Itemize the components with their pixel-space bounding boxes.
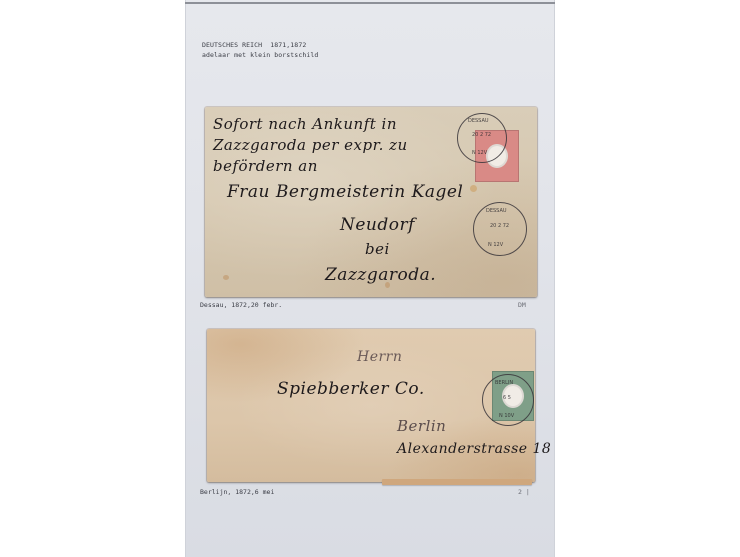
cover-reference: 2 | (518, 488, 530, 496)
handwriting-line: befördern an (213, 157, 318, 175)
heading-title: DEUTSCHES REICH 1871,1872 (202, 41, 306, 49)
handwriting-line: bei (365, 240, 390, 258)
handwriting-line: Alexanderstrasse 18 (397, 441, 551, 457)
cover-flap (382, 479, 532, 485)
cover-caption: Dessau, 1872,20 febr. (200, 301, 282, 309)
cover-reference: DM (518, 301, 526, 309)
handwriting-line: Sofort nach Ankunft in (213, 115, 397, 133)
album-page: DEUTSCHES REICH 1871,1872 adelaar met kl… (185, 0, 555, 557)
postmark-dessau-top: DESSAU 20 2 72 N 12V (457, 113, 507, 163)
heading-subtitle: adelaar met klein borstschild (202, 51, 318, 59)
cover-dessau: Sofort nach Ankunft in Zazzgaroda per ex… (205, 107, 537, 297)
cover-berlin: Herrn Spiebberker Co. Berlin Alexanderst… (207, 329, 535, 482)
handwriting-line: Frau Bergmeisterin Kagel (227, 182, 463, 202)
page-heading: DEUTSCHES REICH 1871,1872 adelaar met kl… (202, 40, 318, 60)
handwriting-line: Zazzgaroda. (325, 265, 436, 285)
handwriting-line: Berlin (397, 417, 446, 435)
handwriting-line: Zazzgaroda per expr. zu (213, 136, 408, 154)
postmark-dessau-arrival: DESSAU 20 2 72 N 12V (473, 202, 527, 256)
cover-caption: Berlijn, 1872,6 mei (200, 488, 274, 496)
page-top-edge (185, 2, 555, 4)
handwriting-line: Neudorf (340, 215, 415, 235)
handwriting-line: Herrn (357, 349, 402, 365)
postmark-berlin: BERLIN 6 5 N 10V (482, 374, 534, 426)
handwriting-line: Spiebberker Co. (277, 379, 425, 399)
